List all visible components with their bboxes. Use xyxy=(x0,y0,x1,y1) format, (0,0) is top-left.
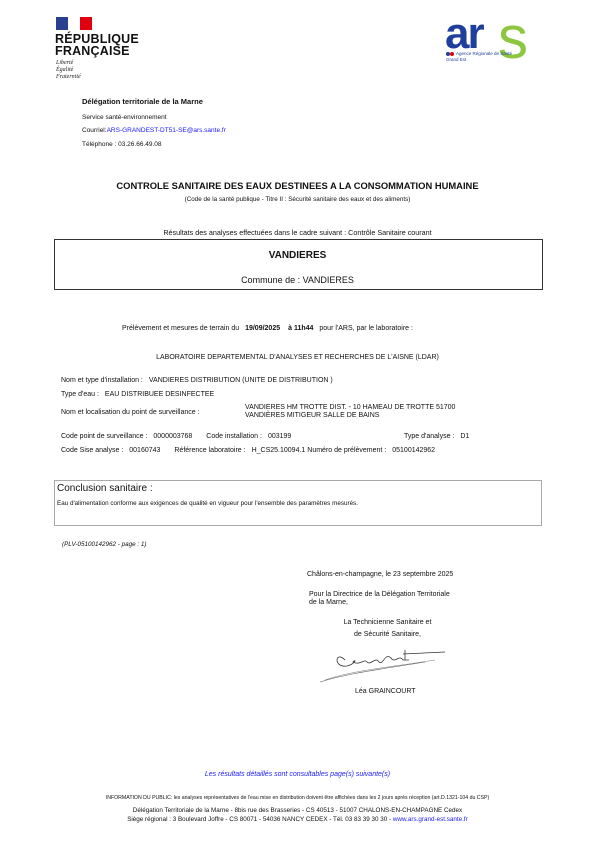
delegation-name: Délégation territoriale de la Marne xyxy=(82,97,203,106)
courriel-line: Courriel:ARS-GRANDEST-DT51-SE@ars.sante.… xyxy=(82,127,226,134)
ars-logo-text: ar xyxy=(445,14,483,54)
type-analyse: Type d'analyse :D1 xyxy=(404,433,469,440)
footer-address-2: Siège régional : 3 Boulevard Joffre - CS… xyxy=(0,816,595,823)
type-analyse-value: D1 xyxy=(460,433,469,440)
code-installation-label: Code installation : xyxy=(206,433,262,440)
type-analyse-label: Type d'analyse : xyxy=(404,433,454,440)
pour-line: de la Marne, xyxy=(309,599,450,607)
ref-labo-value: H_CS25.10094.1 xyxy=(252,447,306,454)
service-name: Service santé-environnement xyxy=(82,114,167,121)
conclusion-title: Conclusion sanitaire : xyxy=(57,483,153,494)
conclusion-text: Eau d'alimentation conforme aux exigence… xyxy=(57,500,358,507)
code-sise-value: 00160743 xyxy=(129,447,160,454)
french-flag-icon xyxy=(56,17,92,30)
point-value: VANDIERES HM TROTTE DIST. - 10 HAMEAU DE… xyxy=(245,404,455,420)
num-prelev-label: Numéro de prélèvement : xyxy=(307,447,386,454)
code-point-label: Code point de surveillance : xyxy=(61,433,147,440)
num-prelev-value: 05100142962 xyxy=(392,447,435,454)
signature-pour: Pour la Directrice de la Délégation Terr… xyxy=(309,591,450,607)
resultats-context: Résultats des analyses effectuées dans l… xyxy=(0,228,595,237)
motto-line: Fraternité xyxy=(56,74,81,81)
code-sise-label: Code Sise analyse : xyxy=(61,447,123,454)
ars-dot-red-icon xyxy=(450,52,454,56)
signature-date: Châlons-en-champagne, le 23 septembre 20… xyxy=(307,571,453,578)
prelevement-suffix: pour l'ARS, par le laboratoire : xyxy=(319,325,413,332)
website-link[interactable]: www.ars.grand-est.sante.fr xyxy=(393,816,468,823)
courriel-link[interactable]: ARS-GRANDEST-DT51-SE@ars.sante.fr xyxy=(107,127,226,134)
prelevement-line: Prélèvement et mesures de terrain du 19/… xyxy=(122,325,413,332)
pour-line: Pour la Directrice de la Délégation Terr… xyxy=(309,591,450,599)
motto: Liberté Égalité Fraternité xyxy=(56,60,81,81)
signatory-name: Léa GRAINCOURT xyxy=(355,688,416,695)
installation-row: Nom et type d'installation :VANDIERES DI… xyxy=(61,377,333,384)
motto-line: Égalité xyxy=(56,67,81,74)
footer-address-text: Siège régional : 3 Boulevard Joffre - CS… xyxy=(127,816,393,823)
signature-role: La Technicienne Sanitaire et de Sécurité… xyxy=(340,617,435,641)
ars-logo-subtitle: Agence Régionale de Santé Grand Est xyxy=(446,51,512,63)
republique-francaise-logo: RÉPUBLIQUE FRANÇAISE xyxy=(55,33,139,57)
prelevement-prefix: Prélèvement et mesures de terrain du xyxy=(122,325,239,332)
document-title: CONTROLE SANITAIRE DES EAUX DESTINEES A … xyxy=(0,180,595,191)
handwritten-signature-icon xyxy=(305,640,455,685)
laboratoire-name: LABORATOIRE DEPARTEMENTAL D'ANALYSES ET … xyxy=(0,354,595,361)
installation-value: VANDIERES DISTRIBUTION (UNITE DE DISTRIB… xyxy=(149,377,333,384)
type-eau-value: EAU DISTRIBUEE DESINFECTEE xyxy=(105,391,214,398)
logo-line: FRANÇAISE xyxy=(55,45,139,57)
codes-row-1: Code point de surveillance :0000003768 C… xyxy=(61,433,291,440)
prelevement-time: à 11h44 xyxy=(288,325,313,332)
codes-row-2: Code Sise analyse :00160743 Référence la… xyxy=(61,447,435,454)
point-label: Nom et localisation du point de surveill… xyxy=(61,409,200,416)
ars-sub-line: Agence Régionale de Santé xyxy=(456,51,512,56)
installation-label: Nom et type d'installation : xyxy=(61,377,143,384)
code-reference: (Code de la santé publique - Titre II : … xyxy=(0,196,595,203)
commune-line: Commune de : VANDIERES xyxy=(0,275,595,285)
ars-sub-line: Grand Est xyxy=(446,57,512,63)
point-value-line: VANDIÈRES MITIGEUR SALLE DE BAINS xyxy=(245,412,455,420)
motto-line: Liberté xyxy=(56,60,81,67)
courriel-label: Courriel: xyxy=(82,127,107,134)
detail-results-note: Les résultats détaillés sont consultable… xyxy=(0,771,595,778)
commune-title: VANDIERES xyxy=(0,250,595,261)
footer-address-1: Délégation Territoriale de la Marne - 8b… xyxy=(0,807,595,814)
point-value-line: VANDIERES HM TROTTE DIST. - 10 HAMEAU DE… xyxy=(245,404,455,412)
public-information: INFORMATION DU PUBLIC: les analyses repr… xyxy=(0,795,595,801)
code-installation-value: 003199 xyxy=(268,433,291,440)
role-line: La Technicienne Sanitaire et xyxy=(340,617,435,629)
ref-labo-label: Référence laboratoire : xyxy=(174,447,245,454)
prelevement-date: 19/09/2025 xyxy=(245,325,280,332)
page-reference: (PLV-05100142962 - page : 1) xyxy=(62,541,147,548)
type-eau-row: Type d'eau :EAU DISTRIBUEE DESINFECTEE xyxy=(61,391,214,398)
telephone: Téléphone : 03.26.66.49.08 xyxy=(82,141,162,148)
code-point-value: 0000003768 xyxy=(153,433,192,440)
type-eau-label: Type d'eau : xyxy=(61,391,99,398)
